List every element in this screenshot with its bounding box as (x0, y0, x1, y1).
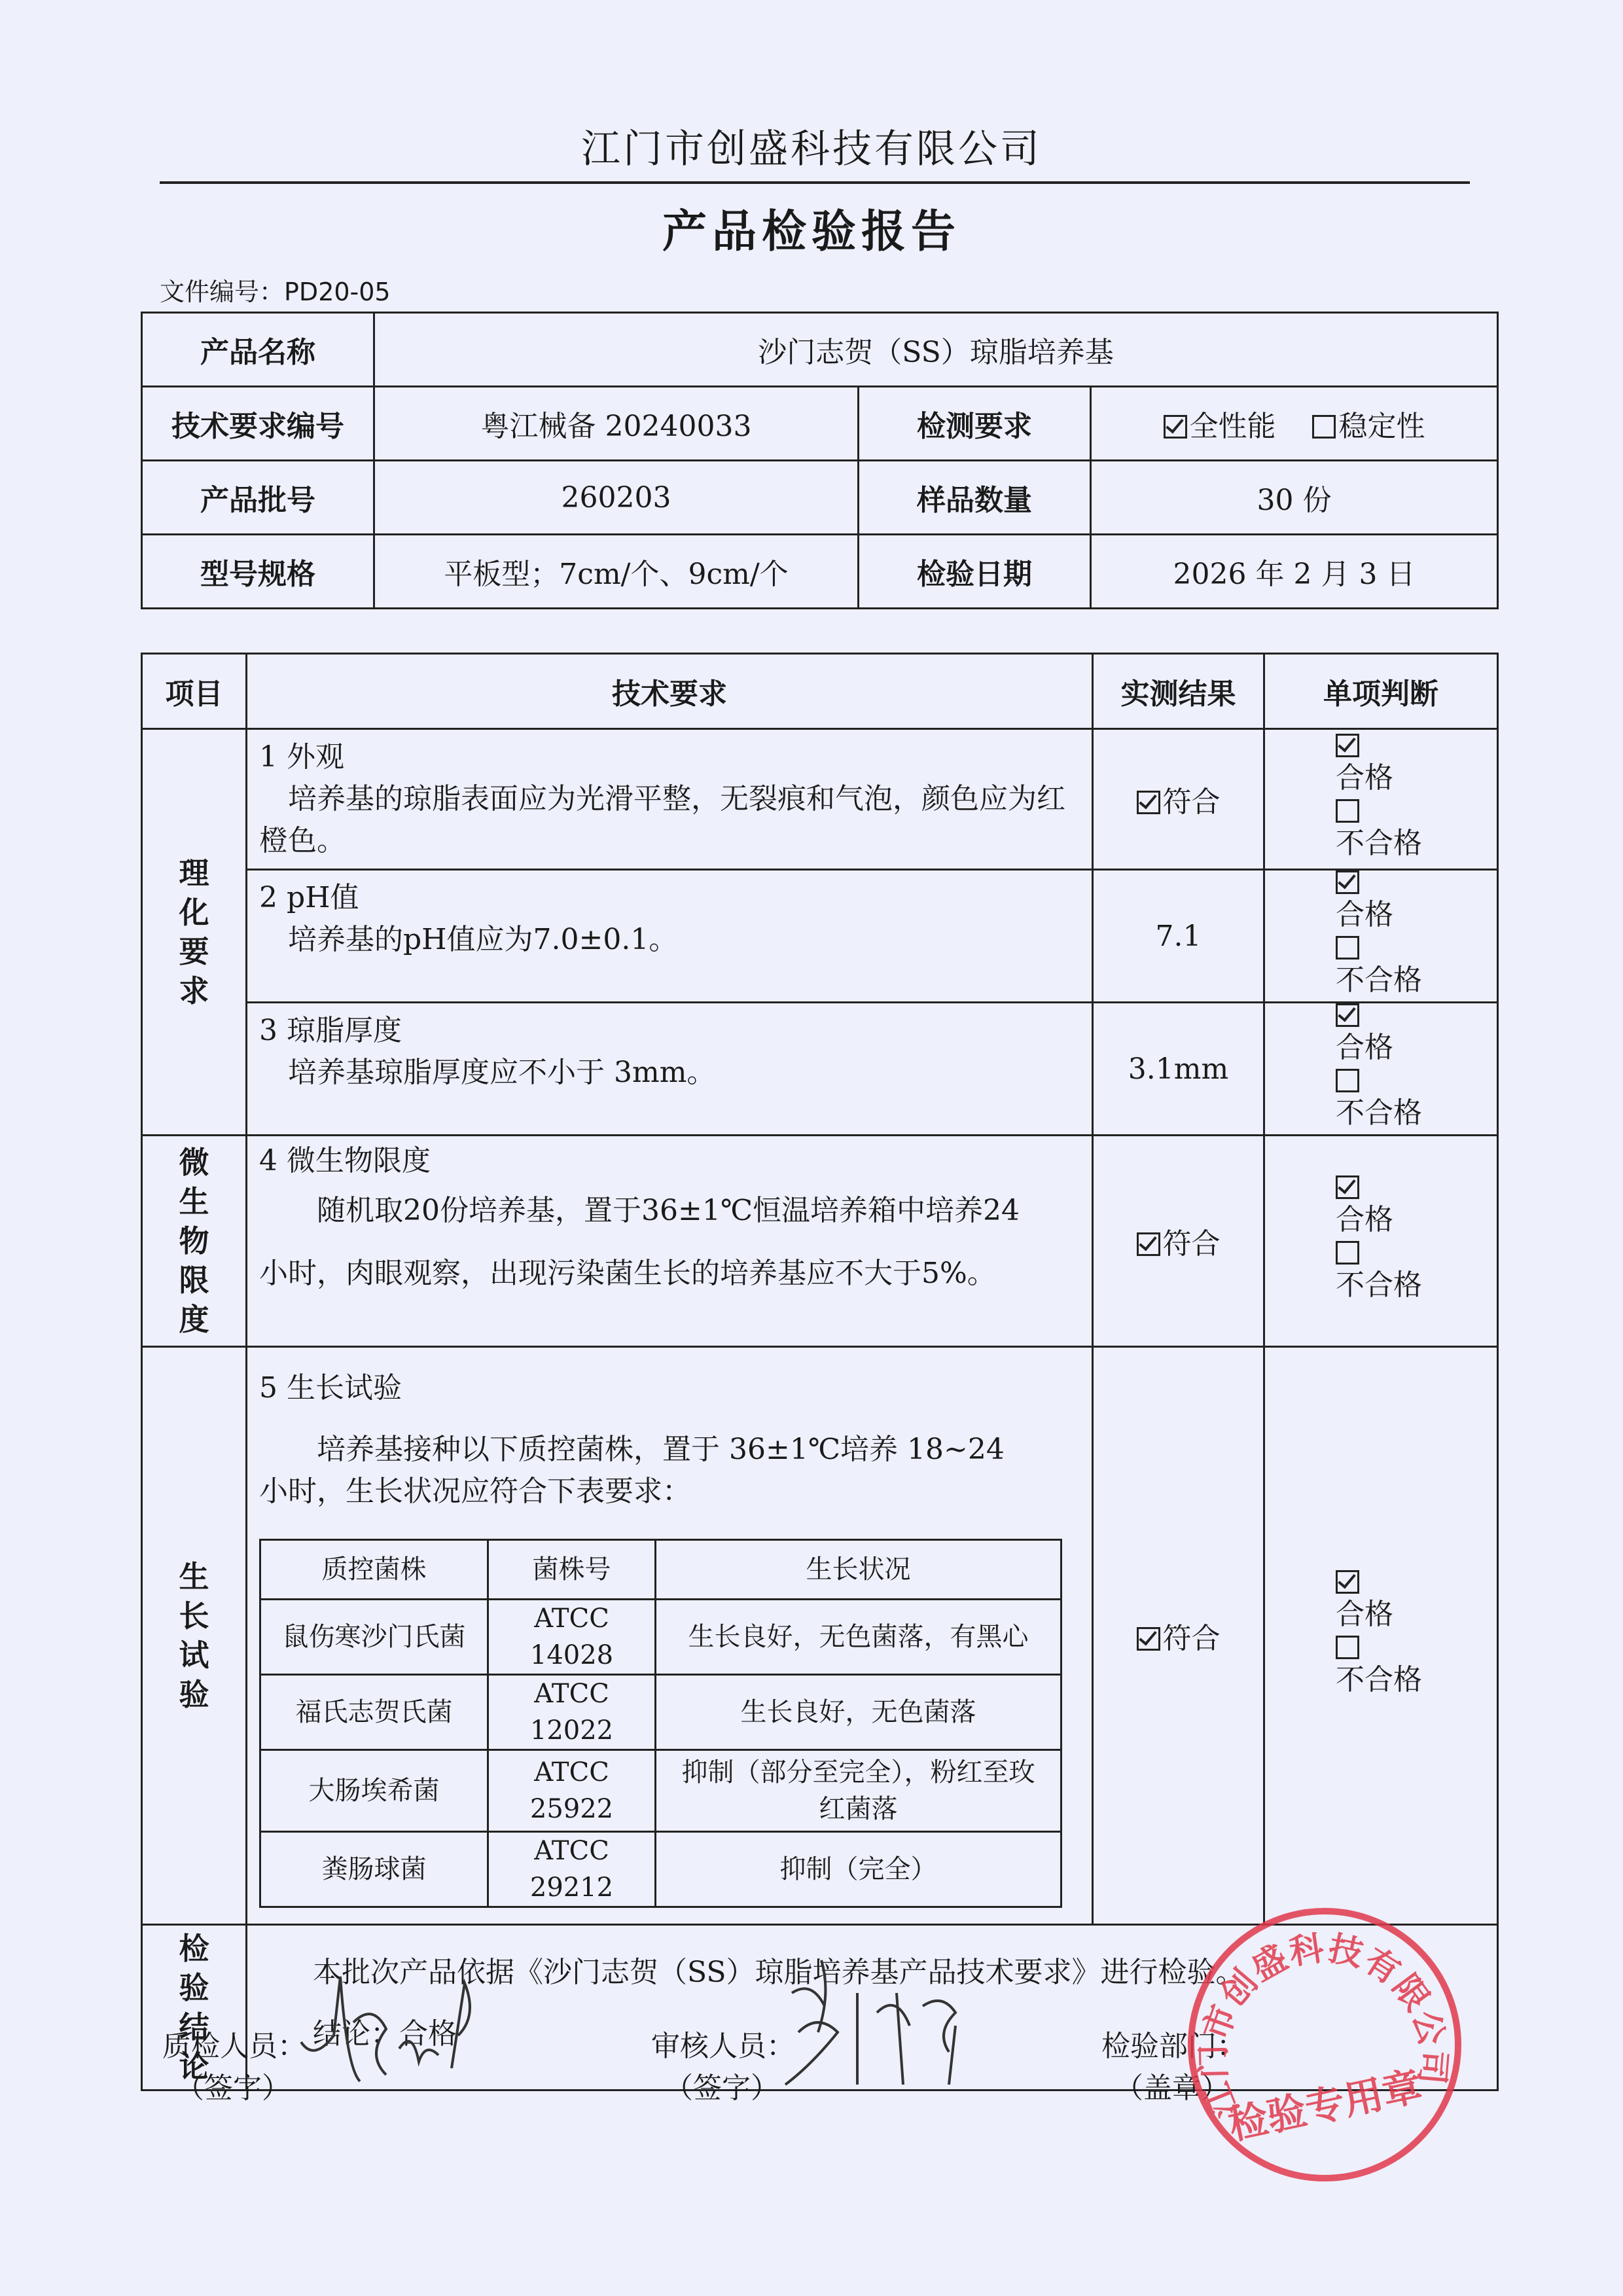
category-growth: 生 长 试 验 (142, 1347, 247, 1925)
req-microbial: 4 微生物限度 随机取20份培养基，置于36±1℃恒温培养箱中培养24 小时，肉… (247, 1136, 1093, 1347)
strain-row: 福氏志贺氏菌 ATCC 12022 生长良好，无色菌落 (260, 1675, 1061, 1750)
item-thickness-row: 3 琼脂厚度 培养基琼脂厚度应不小于 3mm。 3.1mm 合格 不合格 (142, 1003, 1498, 1136)
header-tech-req: 技术要求 (247, 654, 1093, 729)
inspector-signature (288, 1964, 504, 2101)
full-performance-checkbox[interactable] (1164, 415, 1187, 439)
conform-checkbox[interactable] (1137, 791, 1160, 814)
req-title: 1 外观 (259, 736, 1080, 778)
strain-header-id: 菌株号 (488, 1540, 656, 1600)
pass-checkbox[interactable] (1336, 1003, 1359, 1027)
strain-header-name: 质控菌株 (260, 1540, 488, 1600)
results-header-row: 项目 技术要求 实测结果 单项判断 (142, 654, 1498, 729)
req-appearance: 1 外观 培养基的琼脂表面应为光滑平整，无裂痕和气泡，颜色应为红橙色。 (247, 729, 1093, 870)
result-microbial: 符合 (1093, 1136, 1264, 1347)
req-growth: 5 生长试验 培养基接种以下质控菌株，置于 36±1℃培养 18~24 小时，生… (247, 1347, 1093, 1925)
strain-row: 大肠埃希菌 ATCC 25922 抑制（部分至完全），粉红至玫红菌落 (260, 1750, 1061, 1832)
req-text: 培养基的琼脂表面应为光滑平整，无裂痕和气泡，颜色应为红橙色。 (259, 778, 1080, 862)
tech-req-row: 技术要求编号 粤江械备 20240033 检测要求 全性能 稳定性 (142, 387, 1498, 461)
company-name: 江门市创盛科技有限公司 (0, 118, 1623, 174)
model-label: 型号规格 (142, 535, 374, 609)
product-info-table: 产品名称 沙门志贺（SS）琼脂培养基 技术要求编号 粤江械备 20240033 … (141, 312, 1499, 609)
test-req-options: 全性能 稳定性 (1091, 387, 1498, 461)
batch-value: 260203 (374, 461, 859, 535)
header-judgment: 单项判断 (1264, 654, 1498, 729)
fail-checkbox[interactable] (1336, 936, 1359, 960)
result-appearance: 符合 (1093, 729, 1264, 870)
tech-req-no-label: 技术要求编号 (142, 387, 374, 461)
judge-thickness: 合格 不合格 (1264, 1003, 1498, 1136)
strain-table-wrap: 质控菌株 菌株号 生长状况 鼠伤寒沙门氏菌 ATCC 14028 生长良好，无色… (259, 1539, 1060, 1908)
product-name-value: 沙门志贺（SS）琼脂培养基 (374, 313, 1498, 387)
strain-row: 鼠伤寒沙门氏菌 ATCC 14028 生长良好，无色菌落，有黑心 (260, 1600, 1061, 1675)
pass-checkbox[interactable] (1336, 1175, 1359, 1199)
category-physchem: 理 化 要 求 (142, 729, 247, 1136)
inspector-label: 质检人员： (162, 2026, 306, 2068)
batch-label: 产品批号 (142, 461, 374, 535)
inspector-sub: （签字） (162, 2068, 306, 2109)
doc-no-value: PD20-05 (284, 278, 391, 306)
item-appearance-row: 理 化 要 求 1 外观 培养基的琼脂表面应为光滑平整，无裂痕和气泡，颜色应为红… (142, 729, 1498, 870)
pass-checkbox[interactable] (1336, 870, 1359, 894)
report-title: 产品检验报告 (0, 196, 1623, 260)
model-row: 型号规格 平板型；7cm/个、9cm/个 检验日期 2026 年 2 月 3 日 (142, 535, 1498, 609)
fail-checkbox[interactable] (1336, 1069, 1359, 1092)
sample-qty-value: 30 份 (1091, 461, 1498, 535)
judge-appearance: 合格 不合格 (1264, 729, 1498, 870)
test-req-label: 检测要求 (859, 387, 1091, 461)
judge-ph: 合格 不合格 (1264, 870, 1498, 1003)
model-value: 平板型；7cm/个、9cm/个 (374, 535, 859, 609)
judge-microbial: 合格 不合格 (1264, 1136, 1498, 1347)
stability-label: 稳定性 (1338, 410, 1425, 443)
header-measured: 实测结果 (1093, 654, 1264, 729)
stability-checkbox[interactable] (1312, 415, 1336, 439)
fail-checkbox[interactable] (1336, 799, 1359, 823)
strain-table: 质控菌株 菌株号 生长状况 鼠伤寒沙门氏菌 ATCC 14028 生长良好，无色… (259, 1539, 1062, 1908)
header-item: 项目 (142, 654, 247, 729)
inspection-stamp: 江门市创盛科技有限公司 检验专用章 (1188, 1908, 1461, 2181)
header-divider (160, 181, 1470, 184)
item-growth-row: 生 长 试 验 5 生长试验 培养基接种以下质控菌株，置于 36±1℃培养 18… (142, 1347, 1498, 1925)
item-ph-row: 2 pH值 培养基的pH值应为7.0±0.1。 7.1 合格 不合格 (142, 870, 1498, 1003)
item-microbial-row: 微 生 物 限 度 4 微生物限度 随机取20份培养基，置于36±1℃恒温培养箱… (142, 1136, 1498, 1347)
full-performance-label: 全性能 (1190, 410, 1276, 443)
req-ph: 2 pH值 培养基的pH值应为7.0±0.1。 (247, 870, 1093, 1003)
strain-header-row: 质控菌株 菌株号 生长状况 (260, 1540, 1061, 1600)
fail-checkbox[interactable] (1336, 1241, 1359, 1265)
test-date-label: 检验日期 (859, 535, 1091, 609)
strain-header-growth: 生长状况 (656, 1540, 1061, 1600)
pass-checkbox[interactable] (1336, 1570, 1359, 1594)
category-micro: 微 生 物 限 度 (142, 1136, 247, 1347)
product-name-label: 产品名称 (142, 313, 374, 387)
conform-checkbox[interactable] (1137, 1232, 1160, 1256)
fail-checkbox[interactable] (1336, 1636, 1359, 1659)
sample-qty-label: 样品数量 (859, 461, 1091, 535)
result-growth: 符合 (1093, 1347, 1264, 1925)
results-table: 项目 技术要求 实测结果 单项判断 理 化 要 求 1 外观 培养基的琼脂表面应… (141, 653, 1499, 2091)
batch-row: 产品批号 260203 样品数量 30 份 (142, 461, 1498, 535)
document-number: 文件编号：PD20-05 (160, 272, 391, 308)
product-name-row: 产品名称 沙门志贺（SS）琼脂培养基 (142, 313, 1498, 387)
strain-row: 粪肠球菌 ATCC 29212 抑制（完全） (260, 1832, 1061, 1907)
inspector-signature-block: 质检人员： （签字） (162, 2026, 306, 2109)
result-thickness: 3.1mm (1093, 1003, 1264, 1136)
conform-checkbox[interactable] (1137, 1627, 1160, 1651)
judge-growth: 合格 不合格 (1264, 1347, 1498, 1925)
reviewer-signature (772, 1954, 995, 2104)
test-date-value: 2026 年 2 月 3 日 (1091, 535, 1498, 609)
tech-req-no-value: 粤江械备 20240033 (374, 387, 859, 461)
doc-no-label: 文件编号： (160, 278, 284, 306)
pass-checkbox[interactable] (1336, 734, 1359, 757)
req-thickness: 3 琼脂厚度 培养基琼脂厚度应不小于 3mm。 (247, 1003, 1093, 1136)
result-ph: 7.1 (1093, 870, 1264, 1003)
